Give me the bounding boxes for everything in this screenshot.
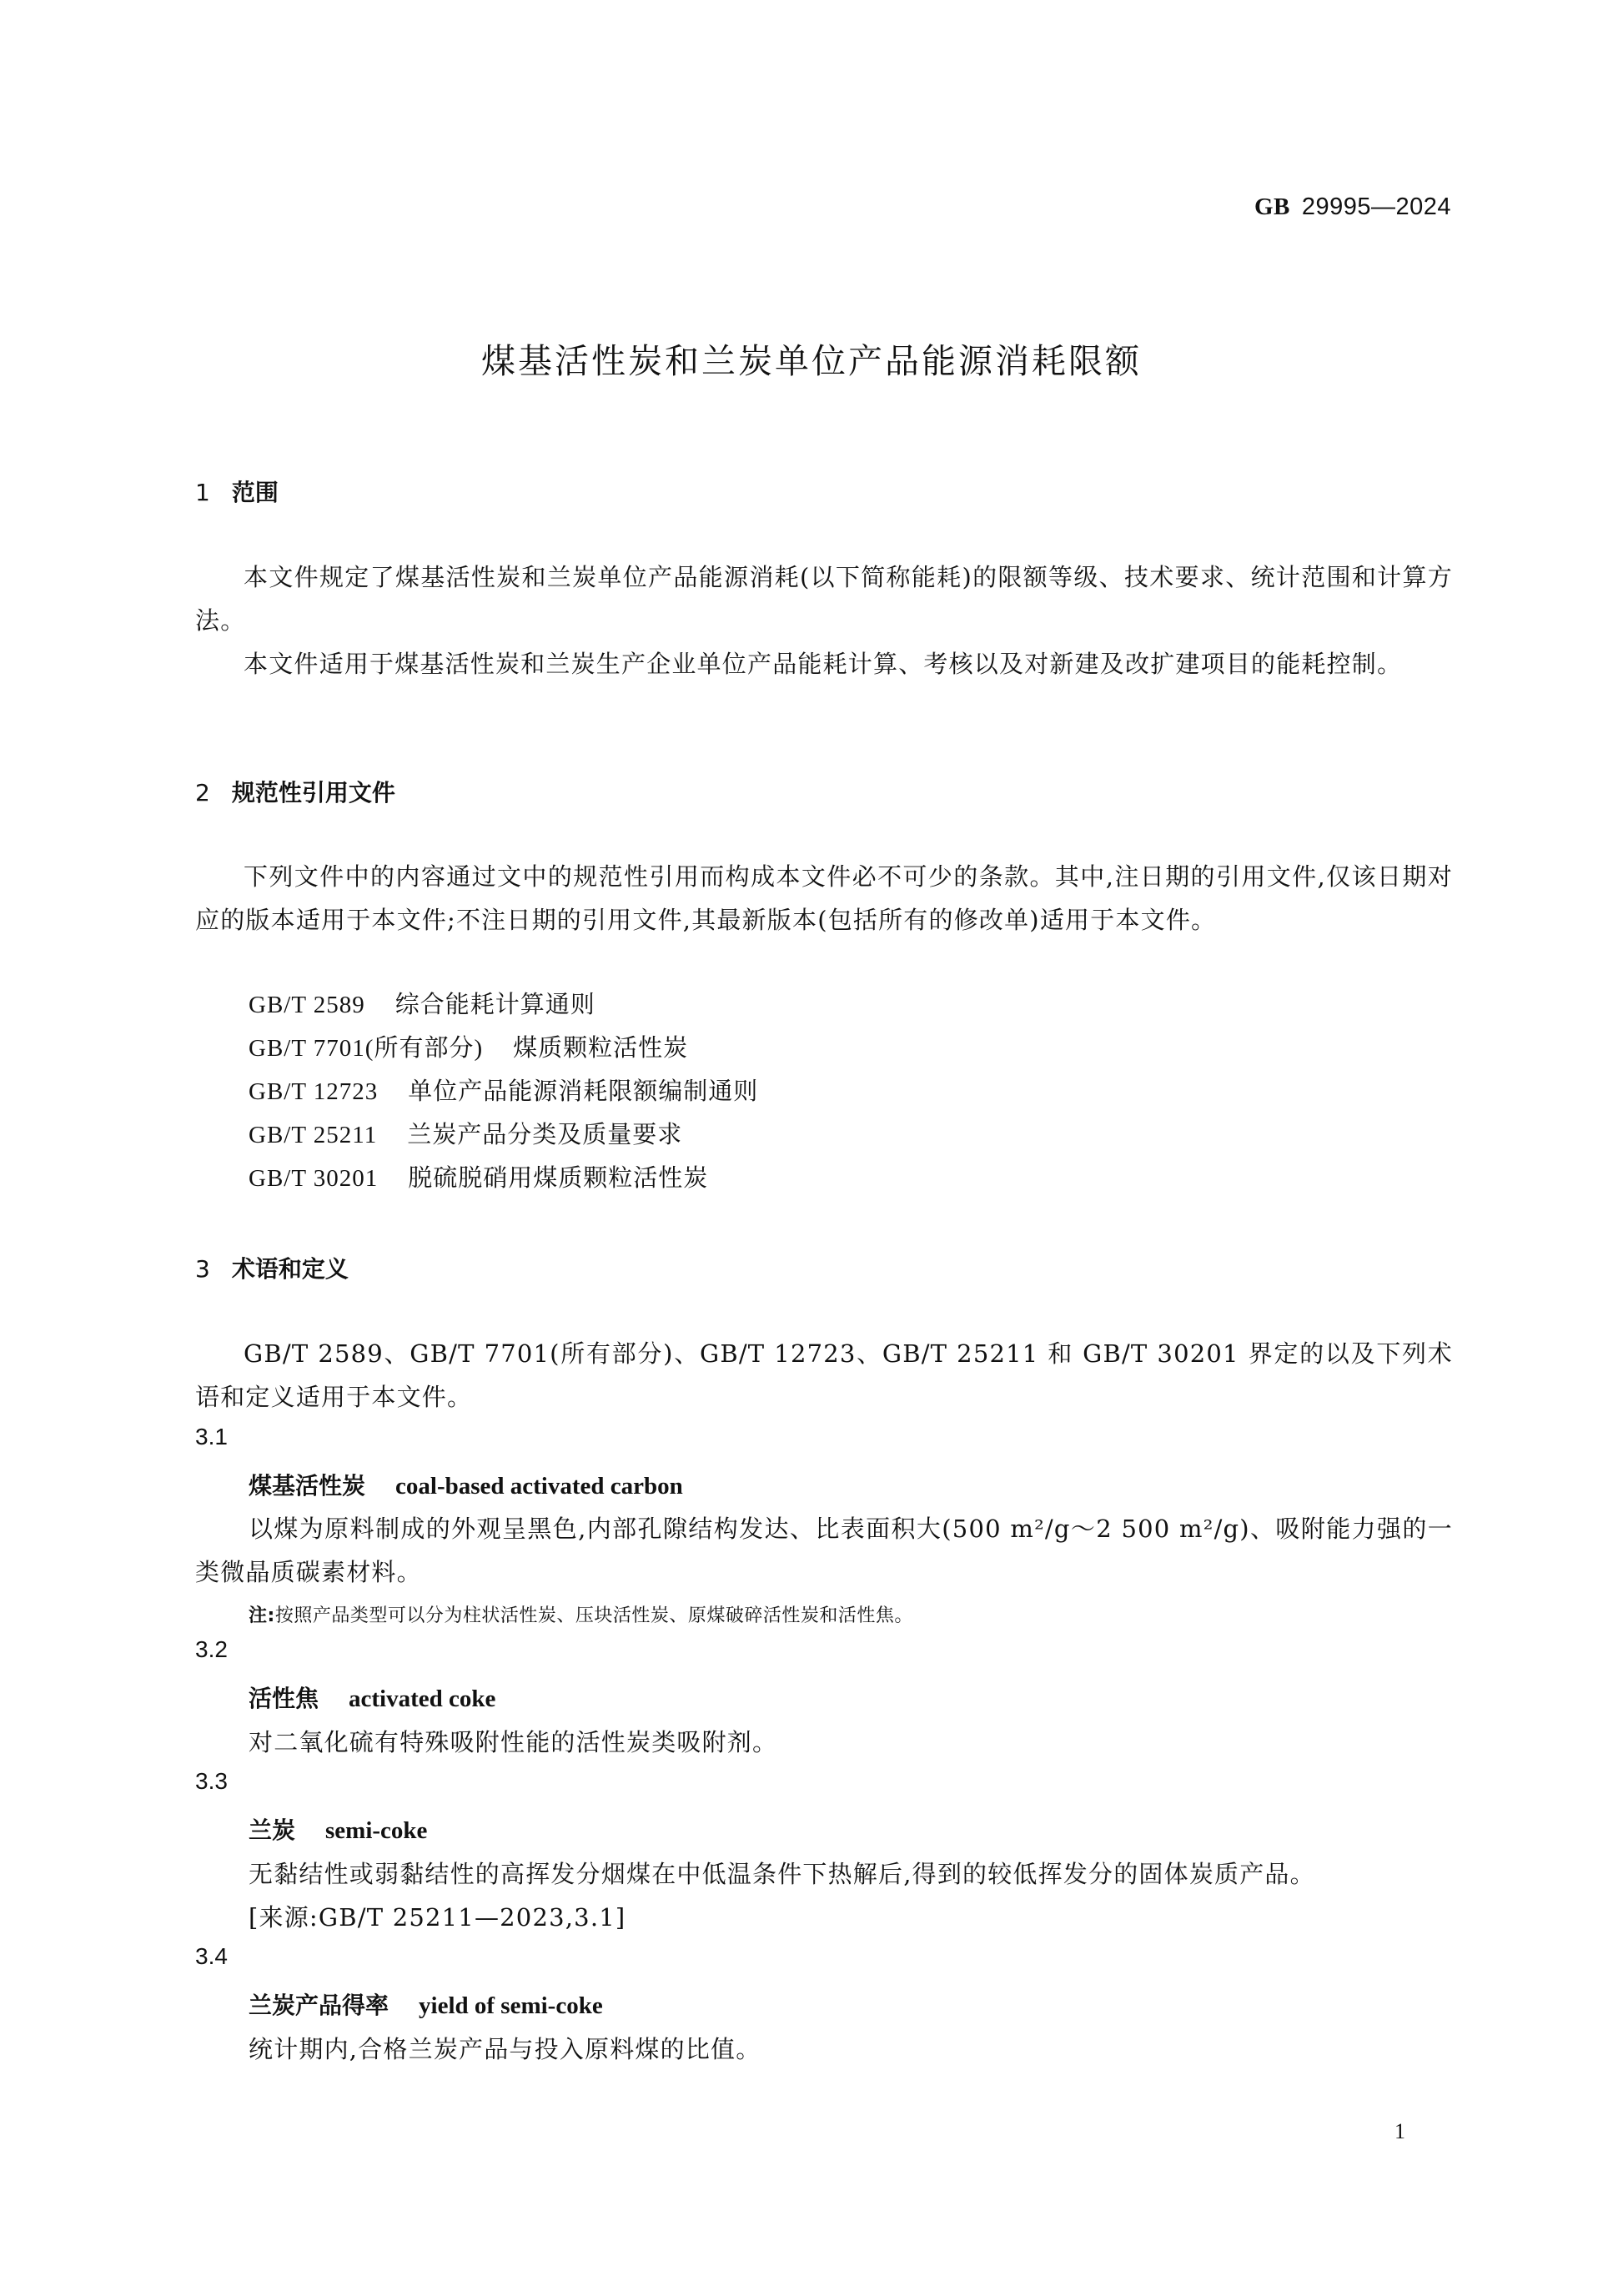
reference-title: 煤质颗粒活性炭 [513, 1033, 688, 1062]
section-title: 术语和定义 [232, 1255, 349, 1283]
reference-item: GB/T 30201脱硫脱硝用煤质颗粒活性炭 [249, 1159, 708, 1193]
term-zh: 煤基活性炭 [249, 1472, 365, 1500]
reference-code: GB/T 12723 [249, 1078, 378, 1106]
term-definition: 以煤为原料制成的外观呈黑色,内部孔隙结构发达、比表面积大(500 m²/g～2 … [195, 1507, 1453, 1594]
term-note: 注:按照产品类型可以分为柱状活性炭、压块活性炭、原煤破碎活性炭和活性焦。 [249, 1601, 913, 1627]
reference-item: GB/T 25211兰炭产品分类及质量要求 [249, 1116, 682, 1150]
clause-number: 3.4 [195, 1943, 228, 1970]
reference-title: 单位产品能源消耗限额编制通则 [408, 1077, 758, 1105]
section-number: 3 [195, 1255, 210, 1283]
note-label: 注: [249, 1605, 275, 1626]
term-en: activated coke [349, 1686, 495, 1712]
reference-item: GB/T 2589综合能耗计算通则 [249, 986, 595, 1020]
section-number: 2 [195, 779, 210, 806]
term-heading: 兰炭产品得率yield of semi-coke [249, 1987, 603, 2021]
section-heading-normative-references: 2规范性引用文件 [195, 775, 395, 808]
clause-number: 3.1 [195, 1424, 228, 1450]
paragraph: 本文件适用于煤基活性炭和兰炭生产企业单位产品能耗计算、考核以及对新建及改扩建项目… [195, 642, 1453, 686]
section-number: 1 [195, 479, 210, 506]
reference-item: GB/T 7701(所有部分)煤质颗粒活性炭 [249, 1029, 688, 1063]
term-definition: 统计期内,合格兰炭产品与投入原料煤的比值。 [249, 2031, 761, 2065]
term-zh: 活性焦 [249, 1685, 319, 1712]
reference-code: GB/T 2589 [249, 992, 365, 1019]
document-title: 煤基活性炭和兰炭单位产品能源消耗限额 [0, 334, 1623, 383]
reference-item: GB/T 12723单位产品能源消耗限额编制通则 [249, 1073, 758, 1107]
clause-number: 3.3 [195, 1768, 228, 1795]
reference-code: GB/T 7701(所有部分) [249, 1029, 483, 1063]
standard-code: GB29995—2024 [1254, 193, 1451, 221]
term-definition: 对二氧化硫有特殊吸附性能的活性炭类吸附剂。 [249, 1724, 777, 1758]
section-title: 规范性引用文件 [232, 779, 395, 806]
term-heading: 兰炭semi-coke [249, 1812, 427, 1846]
paragraph: GB/T 2589、GB/T 7701(所有部分)、GB/T 12723、GB/… [195, 1332, 1453, 1419]
term-en: yield of semi-coke [419, 1992, 603, 2019]
reference-code: GB/T 25211 [249, 1122, 377, 1149]
standard-number: 29995—2024 [1302, 193, 1451, 220]
section-heading-scope: 1范围 [195, 475, 279, 508]
reference-title: 兰炭产品分类及质量要求 [407, 1120, 682, 1148]
paragraph: 下列文件中的内容通过文中的规范性引用而构成本文件必不可少的条款。其中,注日期的引… [195, 855, 1453, 942]
paragraph: 本文件规定了煤基活性炭和兰炭单位产品能源消耗(以下简称能耗)的限额等级、技术要求… [195, 555, 1453, 642]
term-en: coal-based activated carbon [395, 1473, 683, 1500]
term-heading: 活性焦activated coke [249, 1681, 495, 1714]
section-title: 范围 [232, 479, 279, 506]
page-number: 1 [1394, 2119, 1405, 2144]
term-zh: 兰炭 [249, 1816, 295, 1844]
term-definition: 无黏结性或弱黏结性的高挥发分烟煤在中低温条件下热解后,得到的较低挥发分的固体炭质… [249, 1856, 1315, 1890]
section-heading-terms-definitions: 3术语和定义 [195, 1251, 349, 1284]
term-zh: 兰炭产品得率 [249, 1992, 389, 2019]
reference-code: GB/T 30201 [249, 1165, 378, 1193]
term-heading: 煤基活性炭coal-based activated carbon [249, 1468, 683, 1501]
standard-prefix: GB [1254, 193, 1290, 220]
reference-title: 脱硫脱硝用煤质颗粒活性炭 [408, 1163, 708, 1192]
reference-title: 综合能耗计算通则 [395, 990, 595, 1018]
clause-number: 3.2 [195, 1636, 228, 1663]
term-source: [来源:GB/T 25211—2023,3.1] [249, 1899, 626, 1933]
term-en: semi-coke [325, 1817, 427, 1844]
note-text: 按照产品类型可以分为柱状活性炭、压块活性炭、原煤破碎活性炭和活性焦。 [275, 1605, 913, 1626]
